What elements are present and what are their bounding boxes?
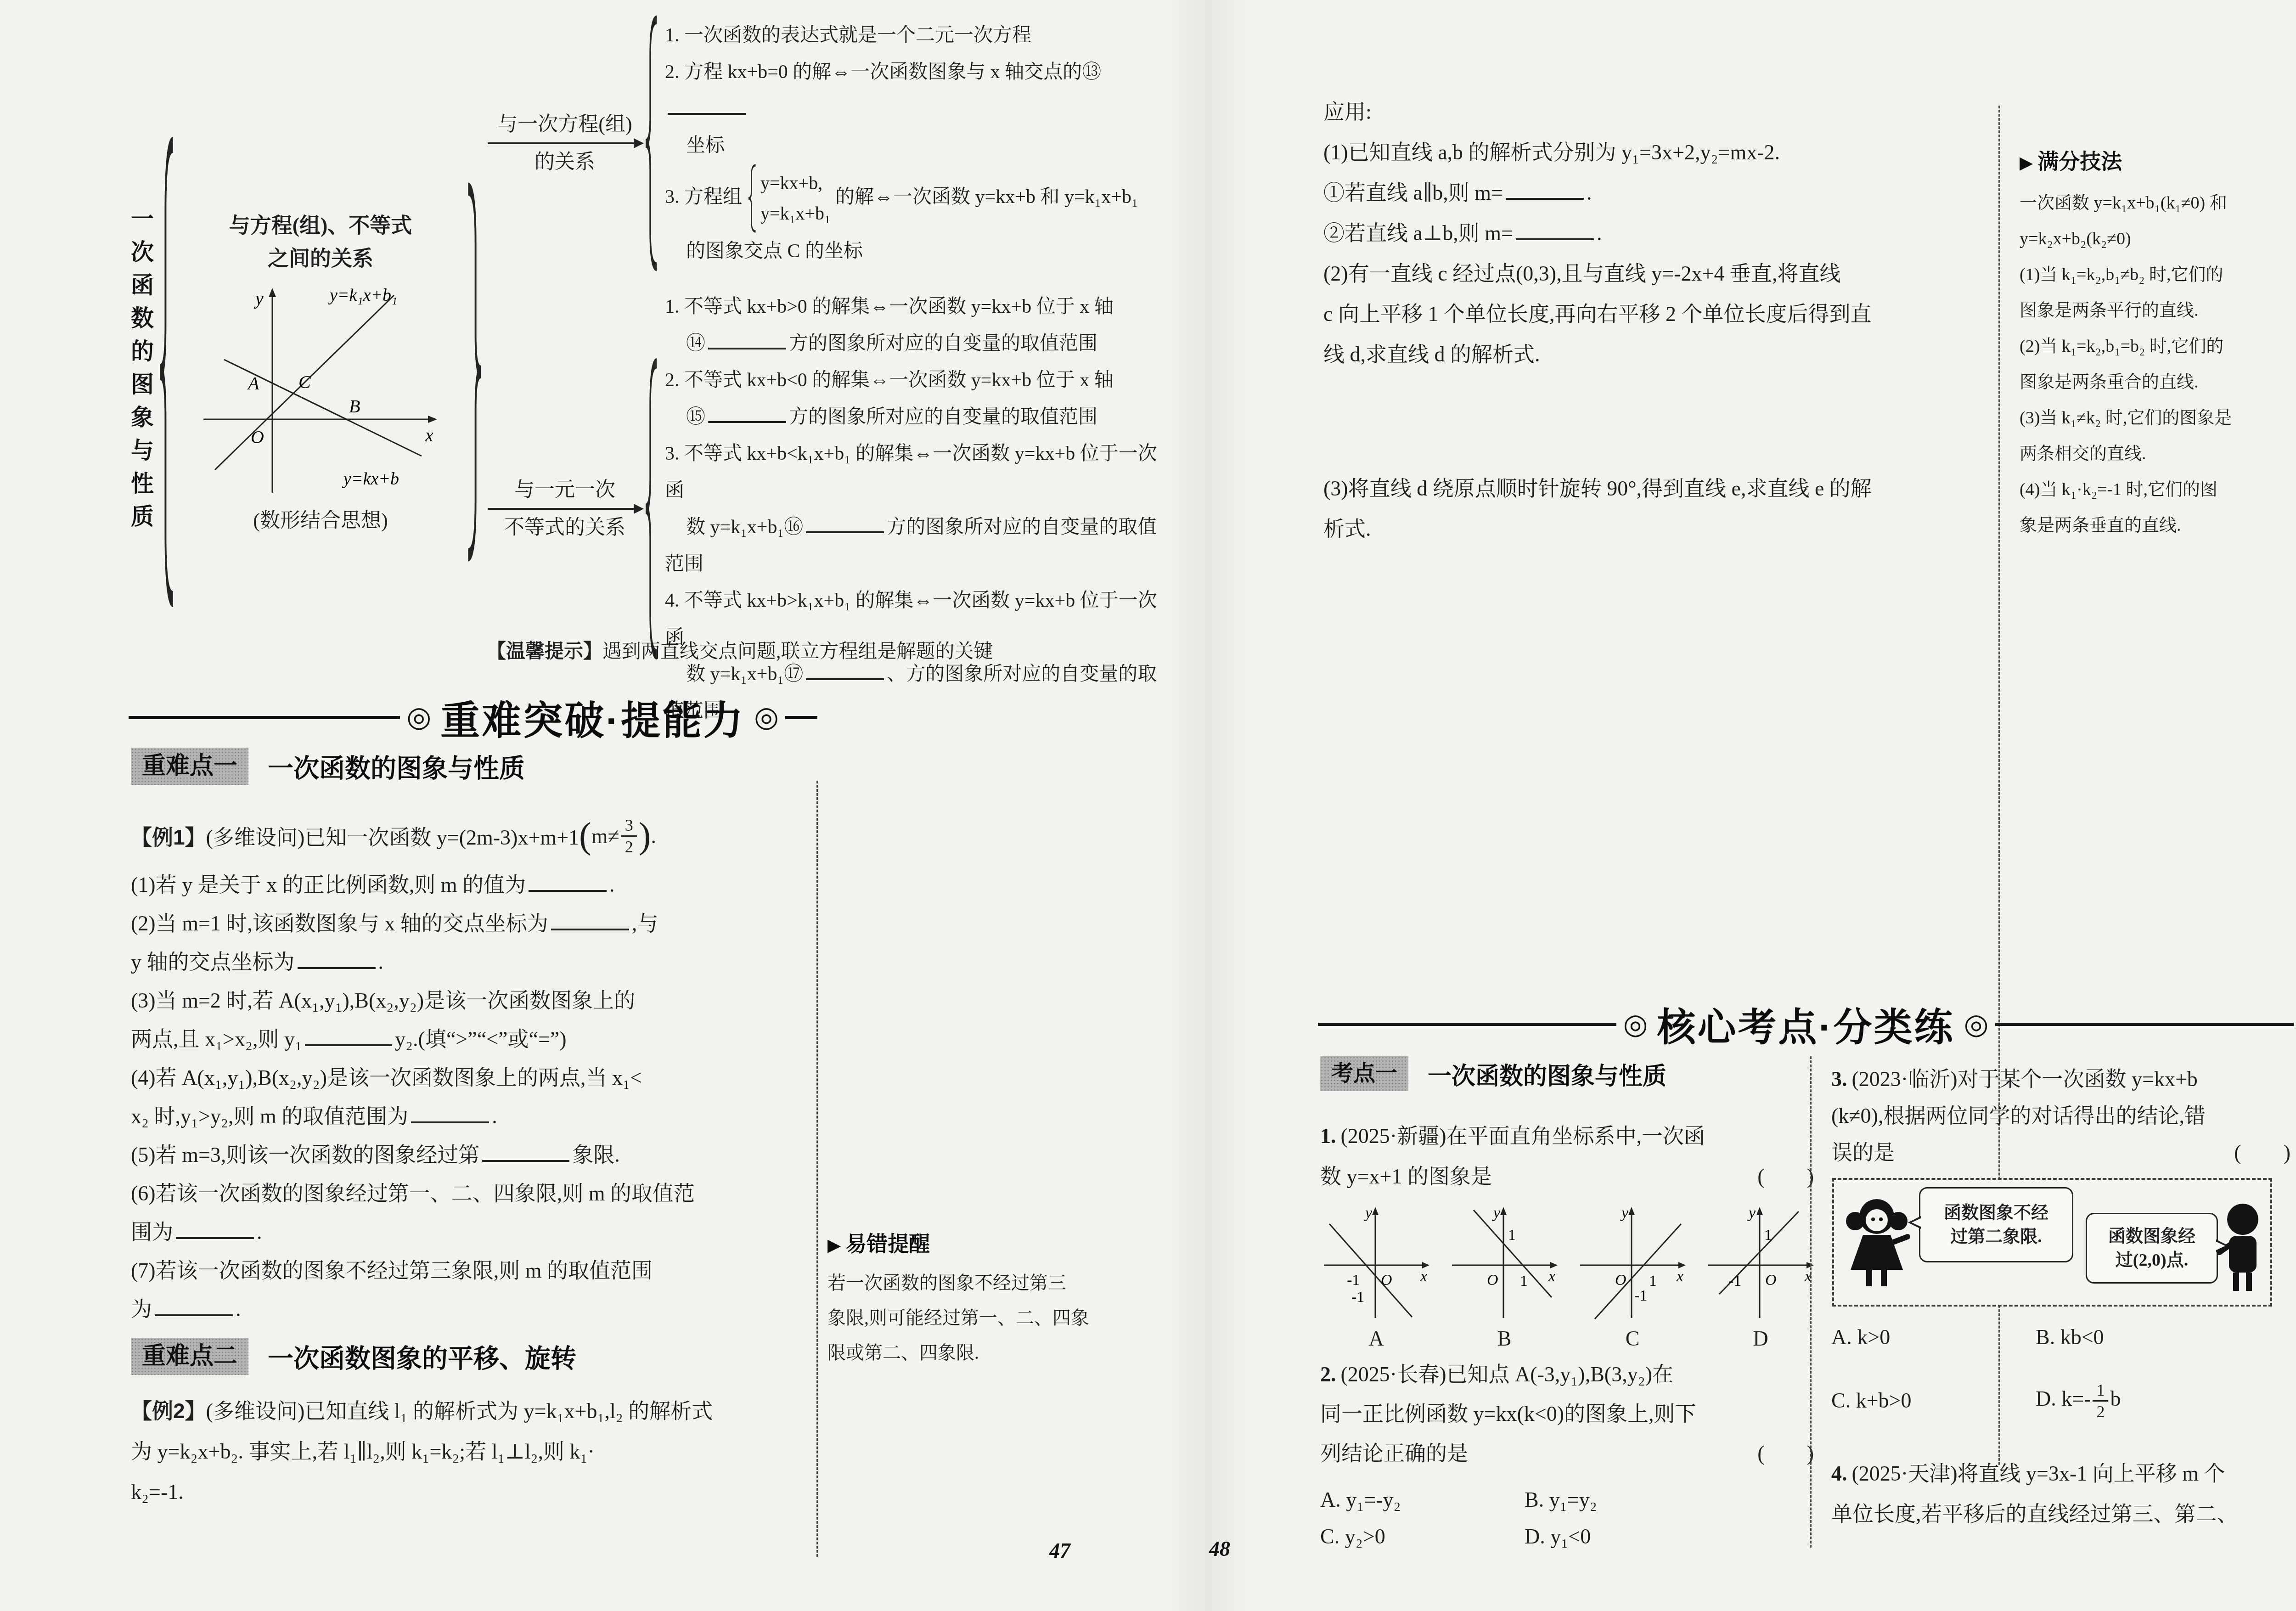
error-reminder-title: 易错提醒	[845, 1232, 930, 1256]
branch-ineq-item2-line1: 2. 不等式 kx+b<0 的解集⇔一次函数 y=kx+b 位于 x 轴	[665, 362, 1166, 399]
concept-map: 一次函数的图象与性质 与方程(组)、不等式 之间的关系 y y=k₁x+b₁ A…	[124, 73, 1166, 670]
two-lines-coordinate-graph: y y=k₁x+b₁ A C B O x y=kx+b	[197, 277, 445, 497]
error-reminder-note: ▶易错提醒 若一次函数的图象不经过第三 象限,则可能经过第一、二、四象 限或第二…	[827, 1227, 1154, 1370]
ring-icon: ◎	[1623, 1010, 1648, 1039]
right-curly-brace-icon	[463, 181, 484, 563]
q3-option-B: B. kb<0	[2036, 1319, 2240, 1356]
ex1-q7-line1: (7)若该一次函数的图象不经过第三象限,则 m 的取值范围	[131, 1251, 817, 1290]
svg-text:O: O	[1765, 1272, 1777, 1289]
ex1-q2-line2: y 轴的交点坐标为.	[131, 943, 817, 981]
q2-option-A: A. y₁=-y₂	[1320, 1481, 1525, 1518]
q4-line2: 单位长度,若平移后的直线经过第三、第二、	[1831, 1494, 2296, 1534]
branch-eq-item2-line1: 2. 方程 kx+b=0 的解⇔一次函数图象与 x 轴交点的⑬	[665, 54, 1166, 127]
branch-eq-label-line1: 与一次方程(组)	[487, 111, 643, 138]
answer-blank	[1506, 192, 1584, 200]
keypoint2-title: 一次函数图象的平移、旋转	[268, 1338, 576, 1375]
origin-label: O	[251, 427, 264, 447]
fill-blank-15	[708, 416, 786, 423]
q3-line1: 3.(2023·临沂)对于某个一次函数 y=kx+b	[1831, 1061, 2290, 1098]
q4-number: 4.	[1831, 1462, 1847, 1485]
ex1-q7-line2: 为.	[131, 1290, 817, 1329]
left-curly-brace-icon	[643, 15, 661, 272]
question-2: 2.(2025·长春)已知点 A(-3,y₁),B(3,y₂)在 同一正比例函数…	[1320, 1355, 1814, 1555]
graph-C-plot: y O 1 x -1	[1576, 1203, 1689, 1324]
heading-rule-left	[129, 716, 400, 719]
keypoint2-row: 重难点二 一次函数图象的平移、旋转	[131, 1338, 576, 1375]
option-graph-B: y 1 O 1 x B	[1445, 1203, 1564, 1352]
branch-eq-item2-line2: 坐标	[665, 127, 1166, 164]
warm-tip-text: 遇到两直线交点问题,联立方程组是解题的关键	[602, 641, 993, 662]
answer-paren: ( )	[1757, 1156, 1814, 1197]
answer-paren: ( )	[2234, 1134, 2290, 1171]
q1-number: 1.	[1320, 1124, 1336, 1148]
answer-blank	[1516, 233, 1594, 240]
q3-option-A: A. k>0	[1831, 1319, 2036, 1356]
q2-line1: 2.(2025·长春)已知点 A(-3,y₁),B(3,y₂)在	[1320, 1355, 1814, 1394]
branch-eq-arrow-icon	[488, 142, 642, 144]
option-graph-C: y O 1 x -1 C	[1573, 1203, 1692, 1352]
option-graph-A: y -1 O x -1 A	[1317, 1203, 1435, 1352]
keypoint1-title: 一次函数的图象与性质	[268, 748, 525, 785]
answer-blank	[298, 962, 376, 969]
point-C-label: C	[298, 372, 311, 392]
axis-label-x: x	[425, 425, 433, 445]
fraction-1-2: 12	[2093, 1380, 2108, 1422]
answer-blank	[482, 1155, 569, 1162]
svg-text:x: x	[1548, 1268, 1555, 1285]
scanned-textbook-spread: 一次函数的图象与性质 与方程(组)、不等式 之间的关系 y y=k₁x+b₁ A…	[0, 0, 2296, 1611]
svg-text:-1: -1	[1728, 1273, 1741, 1290]
branch-ineq-label: 与一元一次 不等式的关系	[487, 477, 643, 541]
fill-blank-16	[806, 526, 884, 533]
example1: 【例1】 (多维设问)已知一次函数 y=(2m-3)x+m+1 ( m≠ 32 …	[131, 806, 817, 1329]
system-eq1: y=kx+b,	[760, 168, 831, 198]
branch-ineq-item3-line2: 数 y=k₁x+b₁⑯方的图象所对应的自变量的取值范围	[665, 509, 1166, 582]
graph-D-plot: y 1 -1 O x	[1705, 1203, 1817, 1324]
ring-icon: ◎	[406, 703, 431, 732]
triangle-marker-icon: ▶	[2020, 153, 2033, 173]
q3-line2: (k≠0),根据两位同学的对话得出的结论,错	[1831, 1098, 2290, 1134]
heading-rule-right	[1995, 1023, 2294, 1026]
speech-bubble-girl: 函数图象不经 过第二象限.	[1919, 1187, 2073, 1262]
app-q2-line2: c 向上平移 1 个单位长度,再向右平移 2 个单位长度后得到直	[1323, 294, 1996, 334]
answer-paren: ( )	[1757, 1434, 1814, 1473]
svg-text:y: y	[1747, 1205, 1756, 1222]
triangle-marker-icon: ▶	[827, 1236, 841, 1255]
core-section-column-divider	[1810, 1056, 1812, 1548]
answer-blank	[176, 1232, 254, 1239]
svg-text:-1: -1	[1347, 1272, 1360, 1289]
svg-text:y: y	[1620, 1205, 1629, 1222]
branch-ineq-arrow-icon	[488, 508, 642, 510]
heading-rule-left	[1318, 1023, 1616, 1026]
app-q3-line2: 析式.	[1323, 509, 1996, 549]
graph-A-label: A	[1317, 1326, 1435, 1352]
speech-bubble-boy: 函数图象经 过(2,0)点.	[2086, 1213, 2218, 1284]
app-q1-sub2: ②若直线 a⊥b,则 m=.	[1323, 213, 1996, 253]
q2-line3: 列结论正确的是( )	[1320, 1434, 1814, 1473]
line2-equation: y=kx+b	[342, 469, 399, 489]
heading-rule-right	[785, 716, 817, 719]
section-heading-core-points: ◎ 核心考点·分类练 ◎	[1318, 997, 2294, 1052]
branch-ineq-item2-line2: ⑮方的图象所对应的自变量的取值范围	[665, 399, 1166, 435]
warm-tip: 【温馨提示】遇到两直线交点问题,联立方程组是解题的关键	[487, 636, 1153, 664]
branch-eq-item3-line1: 3. 方程组y=kx+b,y=k₁x+b₁的解⇔一次函数 y=kx+b 和 y=…	[665, 164, 1166, 233]
graph-C-label: C	[1573, 1326, 1692, 1352]
answer-blank	[529, 884, 607, 892]
svg-text:-1: -1	[1351, 1289, 1364, 1306]
dialogue-cartoon-box: 函数图象不经 过第二象限. 函数图象经 过(2,0)点.	[1832, 1178, 2272, 1307]
app-q2-line1: (2)有一直线 c 经过点(0,3),且与直线 y=-2x+4 垂直,将直线	[1323, 253, 1996, 294]
q2-options-row1: A. y₁=-y₂ B. y₁=y₂	[1320, 1481, 1814, 1518]
svg-text:O: O	[1381, 1272, 1392, 1289]
error-reminder-body: 若一次函数的图象不经过第三 象限,则可能经过第一、二、四象 限或第二、四象限.	[827, 1266, 1154, 1370]
ex2-line1: 【例2】(多维设问)已知直线 l₁ 的解析式为 y=k₁x+b₁,l₂ 的解析式	[131, 1391, 817, 1431]
branch-ineq-label-line2: 不等式的关系	[487, 514, 643, 541]
equation-system: y=kx+b,y=k₁x+b₁	[747, 164, 831, 233]
center-note: (数形结合思想)	[253, 504, 388, 533]
branch-eq-item3-line2: 的图象交点 C 的坐标	[665, 233, 1166, 270]
example1-intro: 【例1】 (多维设问)已知一次函数 y=(2m-3)x+m+1 ( m≠ 32 …	[131, 806, 817, 866]
left-curly-brace-icon	[157, 135, 178, 608]
q2-option-D: D. y₁<0	[1525, 1518, 1729, 1555]
center-title-line1: 与方程(组)、不等式	[229, 211, 412, 240]
keypoint1-row: 重难点一 一次函数的图象与性质	[131, 748, 525, 785]
exam-point1-title: 一次函数的图象与性质	[1428, 1057, 1666, 1091]
ring-icon: ◎	[754, 703, 779, 732]
exam-point1-row: 考点一 一次函数的图象与性质	[1320, 1056, 1666, 1091]
answer-blank	[155, 1309, 233, 1316]
q3-number: 3.	[1831, 1067, 1847, 1091]
left-curly-brace-icon	[643, 357, 661, 660]
point-B-label: B	[349, 396, 360, 417]
svg-text:y: y	[1492, 1205, 1501, 1222]
ex1-q1: (1)若 y 是关于 x 的正比例函数,则 m 的值为.	[131, 866, 817, 904]
cartoon-girl	[1842, 1193, 1911, 1291]
branch-ineq-item1-line1: 1. 不等式 kx+b>0 的解集⇔一次函数 y=kx+b 位于 x 轴	[665, 288, 1166, 325]
branch-eq-item1: 1. 一次函数的表达式就是一个二元一次方程	[665, 17, 1166, 54]
example2: 【例2】(多维设问)已知直线 l₁ 的解析式为 y=k₁x+b₁,l₂ 的解析式…	[131, 1391, 817, 1512]
error-reminder-title-row: ▶易错提醒	[827, 1227, 1154, 1257]
svg-text:1: 1	[1764, 1227, 1772, 1244]
q4-line1: 4.(2025·天津)将直线 y=3x-1 向上平移 m 个	[1831, 1453, 2296, 1494]
application-block: 应用: (1)已知直线 a,b 的解析式分别为 y₁=3x+2,y₂=mx-2.…	[1323, 92, 1996, 375]
app-q2-line3: 线 d,求直线 d 的解析式.	[1323, 334, 1996, 375]
axis-label-y: y	[253, 288, 264, 309]
graph-A-plot: y -1 O x -1	[1320, 1203, 1433, 1324]
system-eq2: y=k₁x+b₁	[760, 198, 831, 229]
ex1-q3-line2: 两点,且 x₁>x₂,则 y₁y₂.(填“>”“<”或“=”)	[131, 1020, 817, 1059]
question-3: 3.(2023·临沂)对于某个一次函数 y=kx+b (k≠0),根据两位同学的…	[1831, 1061, 2290, 1171]
left-page-column-divider	[816, 781, 818, 1557]
svg-text:y: y	[1364, 1205, 1373, 1222]
section1-title: 重难突破·提能力	[440, 689, 745, 746]
q2-number: 2.	[1320, 1363, 1336, 1386]
concept-map-root-title: 一次函数的图象与性质	[124, 207, 157, 537]
keypoint1-badge: 重难点一	[131, 748, 248, 785]
exam-point1-badge: 考点一	[1320, 1056, 1408, 1091]
concept-map-branches: 与一次方程(组) 的关系 1. 一次函数的表达式就是一个二元一次方程 2. 方程…	[487, 15, 1166, 729]
graph-D-label: D	[1701, 1326, 1820, 1352]
q3-line3: 误的是( )	[1831, 1134, 2290, 1171]
application-title: 应用:	[1323, 92, 1996, 132]
ex1-q4-line2: x₂ 时,y₁>y₂,则 m 的取值范围为.	[131, 1097, 817, 1136]
ex1-q5: (5)若 m=3,则该一次函数的图象经过第象限.	[131, 1136, 817, 1174]
point-A-label: A	[247, 373, 259, 394]
graph-B-label: B	[1445, 1326, 1564, 1352]
q3-option-D: D. k=-12b	[2036, 1380, 2240, 1422]
q3-option-C: C. k+b>0	[1831, 1382, 2036, 1419]
ex1-q6-line1: (6)若该一次函数的图象经过第一、二、四象限,则 m 的取值范	[131, 1174, 817, 1213]
q1-line1: 1.(2025·新疆)在平面直角坐标系中,一次函	[1320, 1116, 1814, 1156]
warm-tip-label: 【温馨提示】	[487, 640, 602, 662]
q2-option-C: C. y₂>0	[1320, 1518, 1525, 1555]
concept-map-center: 与方程(组)、不等式 之间的关系 y y=k₁x+b₁ A C B O x y=…	[178, 211, 463, 533]
svg-text:-1: -1	[1634, 1287, 1647, 1304]
ex1-q6-line2: 围为.	[131, 1213, 817, 1251]
option-graph-D: y 1 -1 O x D	[1701, 1203, 1820, 1352]
fill-blank-13	[668, 107, 746, 115]
full-score-technique-note: ▶满分技法 一次函数 y=k₁x+b₁(k₁≠0) 和 y=k₂x+b₂(k₂≠…	[2020, 145, 2296, 543]
svg-text:x: x	[1676, 1268, 1683, 1285]
ex1-q3-line1: (3)当 m=2 时,若 A(x₁,y₁),B(x₂,y₂)是该一次函数图象上的	[131, 981, 817, 1020]
answer-blank	[411, 1116, 489, 1123]
example1-label: 【例1】	[131, 821, 206, 851]
line1-equation: y=k₁x+b₁	[328, 286, 397, 305]
fill-blank-17	[806, 673, 884, 680]
technique-title: 满分技法	[2037, 149, 2122, 173]
branch-ineq-label-line1: 与一元一次	[487, 477, 643, 503]
ex2-line2: 为 y=k₂x+b₂. 事实上,若 l₁∥l₂,则 k₁=k₂;若 l₁⊥l₂,…	[131, 1431, 817, 1472]
fill-blank-14	[708, 342, 786, 349]
question-1: 1.(2025·新疆)在平面直角坐标系中,一次函 数 y=x+1 的图象是( )	[1320, 1116, 1814, 1197]
svg-text:O: O	[1487, 1272, 1498, 1289]
q2-option-B: B. y₁=y₂	[1525, 1481, 1729, 1518]
technique-title-row: ▶满分技法	[2020, 145, 2296, 175]
left-curly-brace-icon	[747, 164, 759, 233]
page-number-left: 47	[1049, 1538, 1070, 1563]
app-q1-sub1: ①若直线 a∥b,则 m=.	[1323, 173, 1996, 213]
svg-text:O: O	[1615, 1272, 1626, 1289]
app-q1: (1)已知直线 a,b 的解析式分别为 y₁=3x+2,y₂=mx-2.	[1323, 132, 1996, 173]
example2-label: 【例2】	[131, 1399, 206, 1423]
answer-blank	[305, 1039, 392, 1046]
q1-line2: 数 y=x+1 的图象是( )	[1320, 1156, 1814, 1197]
page-number-right: 48	[1209, 1537, 1230, 1561]
branch-ineq-item1-line2: ⑭方的图象所对应的自变量的取值范围	[665, 325, 1166, 362]
ex1-q2-line1: (2)当 m=1 时,该函数图象与 x 轴的交点坐标为,与	[131, 904, 817, 943]
svg-text:1: 1	[1649, 1273, 1657, 1290]
branch-equations: 与一次方程(组) 的关系 1. 一次函数的表达式就是一个二元一次方程 2. 方程…	[487, 15, 1166, 272]
ex1-q4-line1: (4)若 A(x₁,y₁),B(x₂,y₂)是该一次函数图象上的两点,当 x₁<	[131, 1059, 817, 1097]
section-heading-breakthrough: ◎ 重难突破·提能力 ◎	[129, 689, 817, 746]
application-q3-block: (3)将直线 d 绕原点顺时针旋转 90°,得到直线 e,求直线 e 的解 析式…	[1323, 468, 1996, 549]
svg-text:1: 1	[1508, 1227, 1516, 1244]
branch-eq-items: 1. 一次函数的表达式就是一个二元一次方程 2. 方程 kx+b=0 的解⇔一次…	[665, 17, 1166, 270]
svg-text:x: x	[1420, 1268, 1427, 1285]
q3-options-row2: C. k+b>0 D. k=-12b	[1831, 1371, 2290, 1431]
q2-options-row2: C. y₂>0 D. y₁<0	[1320, 1518, 1814, 1555]
question-4: 4.(2025·天津)将直线 y=3x-1 向上平移 m 个 单位长度,若平移后…	[1831, 1453, 2296, 1534]
keypoint2-badge: 重难点二	[131, 1338, 248, 1375]
branch-ineq-item3-line1: 3. 不等式 kx+b<k₁x+b₁ 的解集⇔一次函数 y=kx+b 位于一次函	[665, 435, 1166, 509]
fraction-3-2: 32	[621, 815, 637, 857]
ring-icon: ◎	[1964, 1010, 1989, 1039]
branch-eq-label-line2: 的关系	[487, 149, 643, 175]
q3-options-row1: A. k>0 B. kb<0	[1831, 1319, 2290, 1356]
q1-option-graphs: y -1 O x -1 A y 1 O 1 x B	[1317, 1203, 1820, 1352]
branch-equations-label: 与一次方程(组) 的关系	[487, 111, 643, 175]
svg-text:1: 1	[1520, 1273, 1528, 1290]
section2-title: 核心考点·分类练	[1657, 997, 1955, 1052]
ex2-line3: k₂=-1.	[131, 1472, 817, 1512]
page-gutter-shadow	[1166, 0, 1249, 1611]
graph-B-plot: y 1 O 1 x	[1448, 1203, 1561, 1324]
answer-blank	[551, 923, 629, 930]
q2-line2: 同一正比例函数 y=kx(k<0)的图象上,则下	[1320, 1394, 1814, 1434]
center-title-line2: 之间的关系	[268, 244, 373, 273]
app-q3-line1: (3)将直线 d 绕原点顺时针旋转 90°,得到直线 e,求直线 e 的解	[1323, 468, 1996, 509]
